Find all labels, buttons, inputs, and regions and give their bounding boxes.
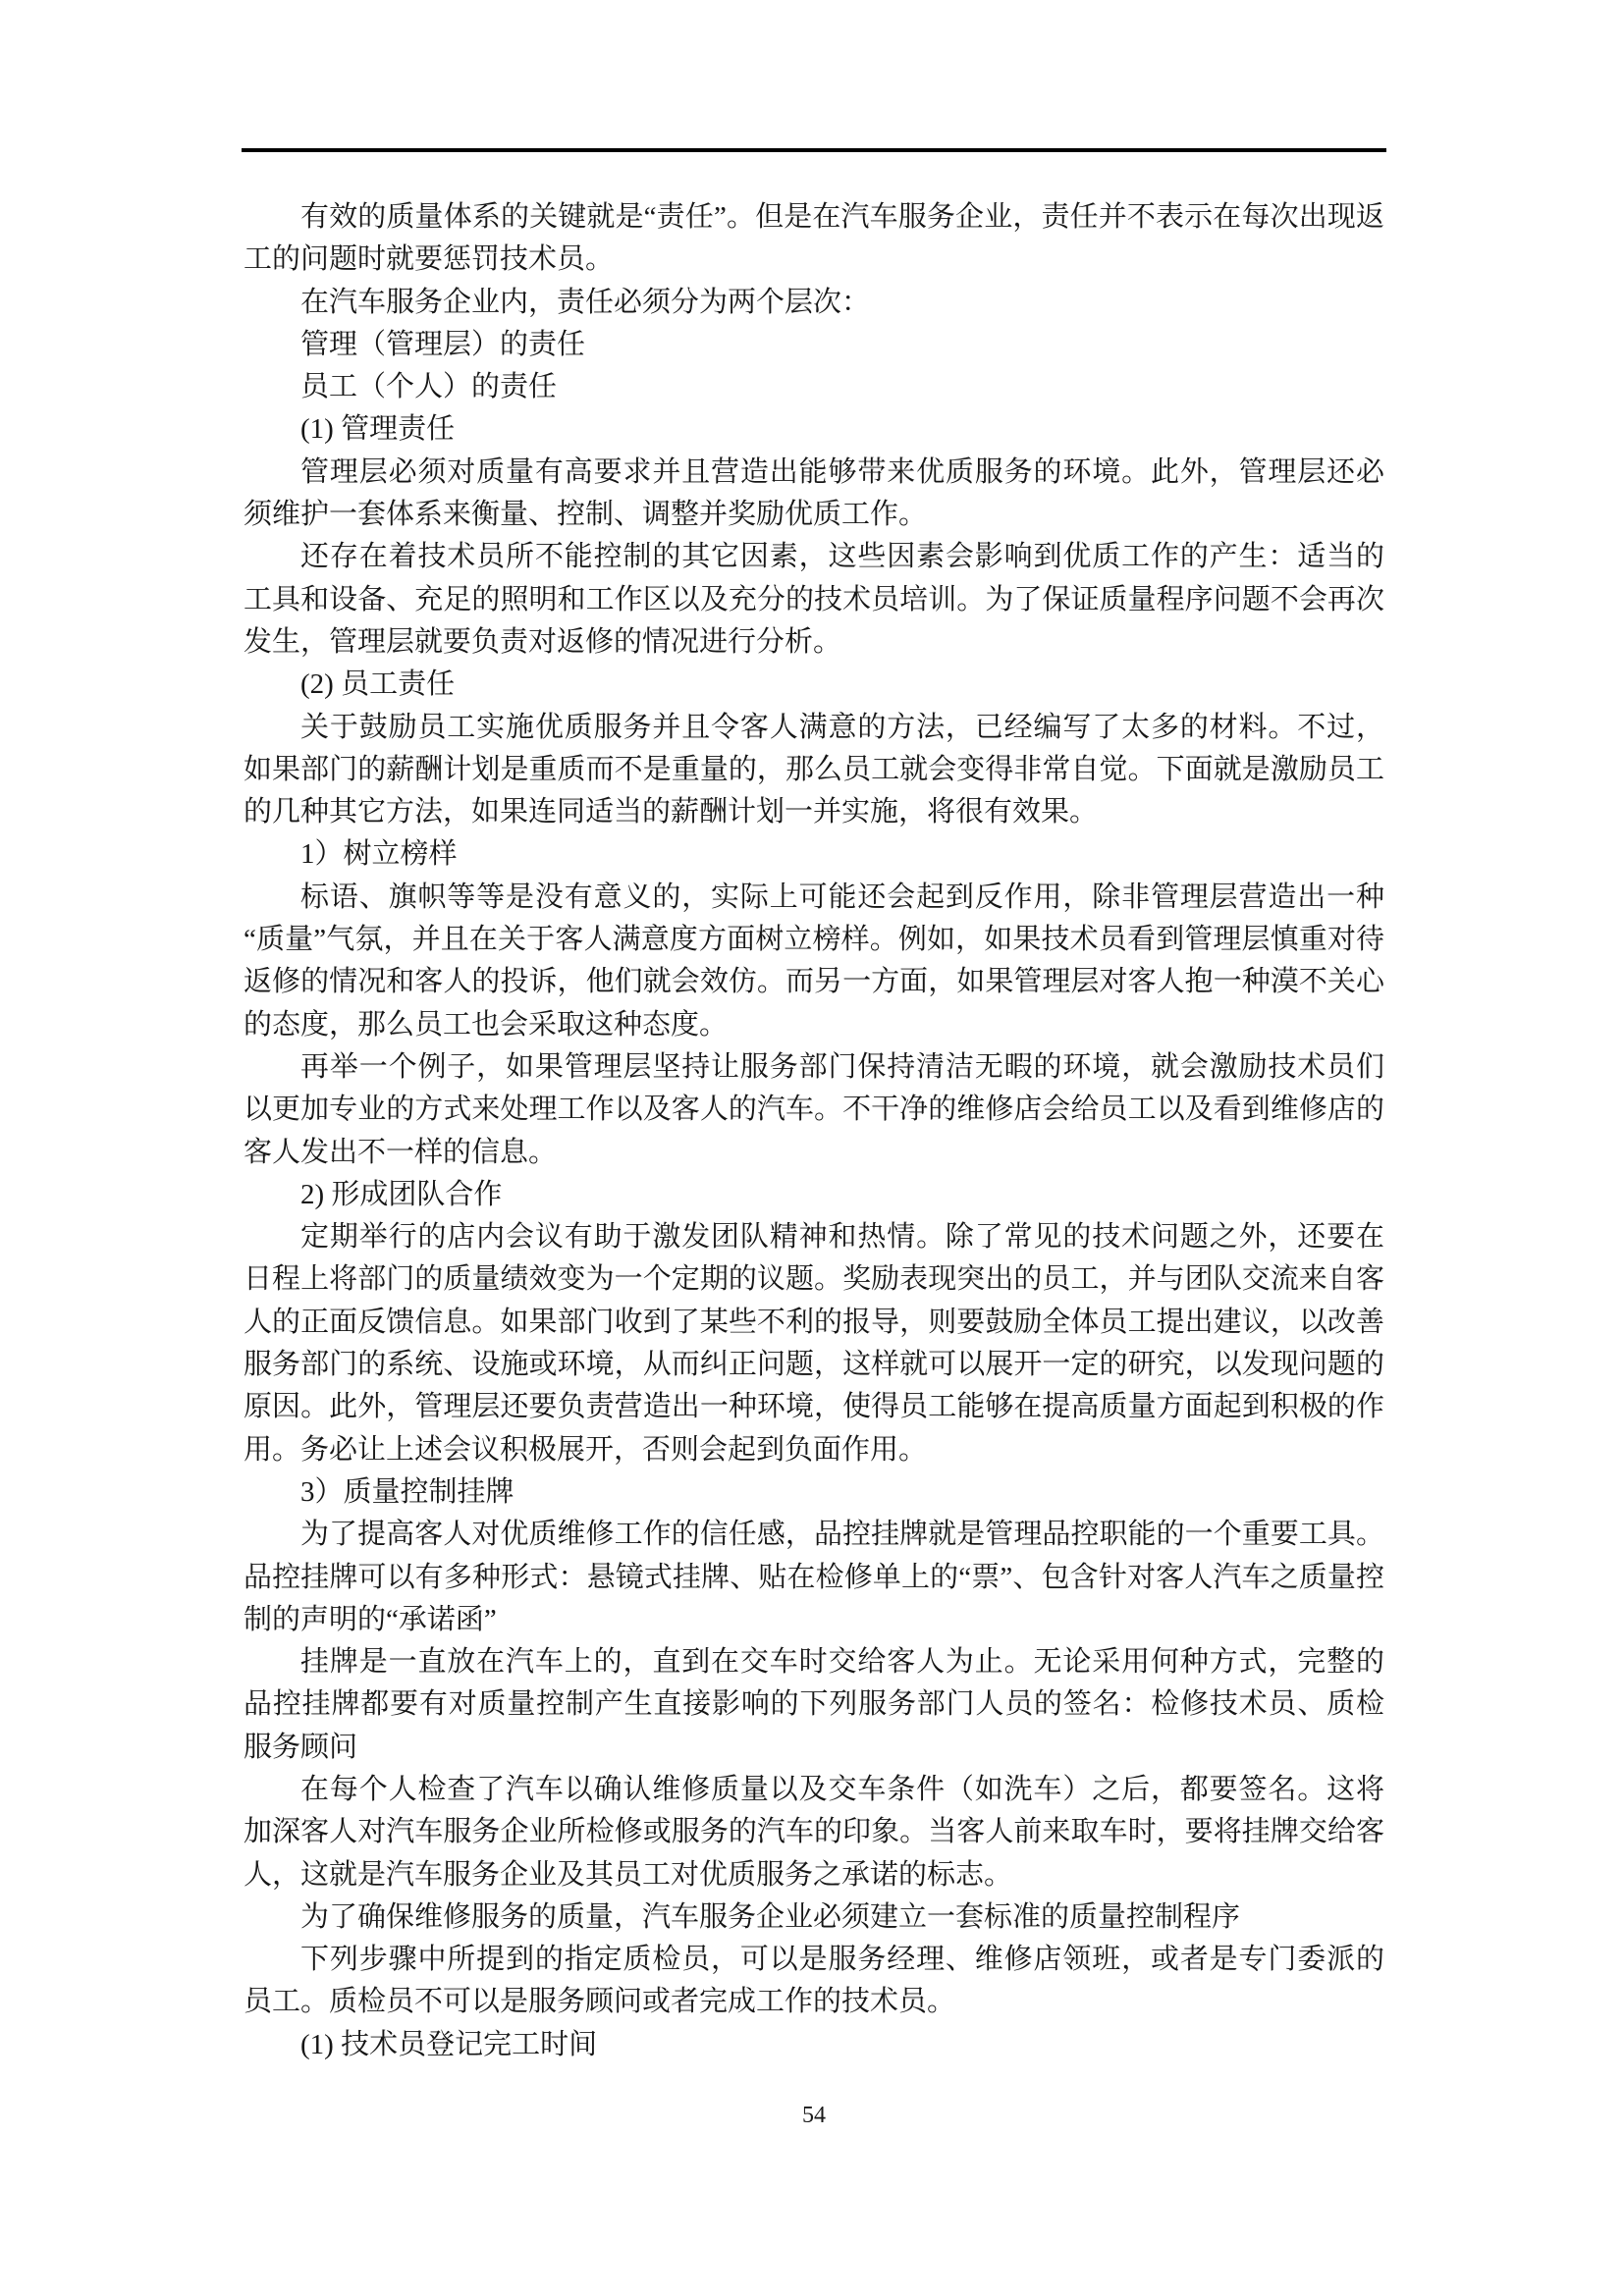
text-line: 原因。此外，管理层还要负责营造出一种环境，使得员工能够在提高质量方面起到积极的作	[244, 1386, 1384, 1428]
text-line: 还存在着技术员所不能控制的其它因素，这些因素会影响到优质工作的产生：适当的	[244, 536, 1384, 578]
text-line: 下列步骤中所提到的指定质检员，可以是服务经理、维修店领班，或者是专门委派的	[244, 1939, 1384, 1981]
text-line: 工的问题时就要惩罚技术员。	[244, 239, 1384, 281]
text-line: 客人发出不一样的信息。	[244, 1132, 1384, 1174]
text-line: 用。务必让上述会议积极展开，否则会起到负面作用。	[244, 1429, 1384, 1471]
text-line: 制的声明的“承诺函”	[244, 1599, 1384, 1641]
text-line: 工具和设备、充足的照明和工作区以及充分的技术员培训。为了保证质量程序问题不会再次	[244, 579, 1384, 621]
text-line: (1) 技术员登记完工时间	[244, 2024, 1384, 2066]
text-line: 标语、旗帜等等是没有意义的，实际上可能还会起到反作用，除非管理层营造出一种	[244, 877, 1384, 919]
text-line: 3）质量控制挂牌	[244, 1471, 1384, 1514]
text-line: 人的正面反馈信息。如果部门收到了某些不利的报导，则要鼓励全体员工提出建议，以改善	[244, 1302, 1384, 1344]
text-line: 在每个人检查了汽车以确认维修质量以及交车条件（如洗车）之后，都要签名。这将	[244, 1769, 1384, 1811]
text-line: 为了提高客人对优质维修工作的信任感，品控挂牌就是管理品控职能的一个重要工具。	[244, 1514, 1384, 1556]
text-line: (2) 员工责任	[244, 664, 1384, 706]
text-line: 品控挂牌都要有对质量控制产生直接影响的下列服务部门人员的签名：检修技术员、质检员…	[244, 1683, 1384, 1726]
text-line: 如果部门的薪酬计划是重质而不是重量的，那么员工就会变得非常自觉。下面就是激励员工	[244, 749, 1384, 791]
text-line: 在汽车服务企业内，责任必须分为两个层次：	[244, 282, 1384, 324]
body-text: 有效的质量体系的关键就是“责任”。但是在汽车服务企业，责任并不表示在每次出现返工…	[244, 196, 1384, 2066]
text-line: 员工。质检员不可以是服务顾问或者完成工作的技术员。	[244, 1981, 1384, 2023]
text-line: 加深客人对汽车服务企业所检修或服务的汽车的印象。当客人前来取车时，要将挂牌交给客	[244, 1811, 1384, 1853]
page-number: 54	[244, 2103, 1384, 2129]
text-line: 管理（管理层）的责任	[244, 324, 1384, 366]
text-line: 管理层必须对质量有高要求并且营造出能够带来优质服务的环境。此外，管理层还必	[244, 452, 1384, 494]
text-line: 人，这就是汽车服务企业及其员工对优质服务之承诺的标志。	[244, 1854, 1384, 1896]
text-line: 2) 形成团队合作	[244, 1174, 1384, 1216]
text-line: 挂牌是一直放在汽车上的，直到在交车时交给客人为止。无论采用何种方式，完整的	[244, 1641, 1384, 1683]
text-line: 返修的情况和客人的投诉，他们就会效仿。而另一方面，如果管理层对客人抱一种漠不关心	[244, 961, 1384, 1003]
text-line: “质量”气氛，并且在关于客人满意度方面树立榜样。例如，如果技术员看到管理层慎重对…	[244, 919, 1384, 961]
document-page: 有效的质量体系的关键就是“责任”。但是在汽车服务企业，责任并不表示在每次出现返工…	[0, 0, 1624, 2296]
text-line: 须维护一套体系来衡量、控制、调整并奖励优质工作。	[244, 494, 1384, 536]
text-line: 为了确保维修服务的质量，汽车服务企业必须建立一套标准的质量控制程序	[244, 1896, 1384, 1939]
text-line: 的几种其它方法，如果连同适当的薪酬计划一并实施，将很有效果。	[244, 791, 1384, 833]
text-line: 1）树立榜样	[244, 833, 1384, 876]
text-line: 再举一个例子，如果管理层坚持让服务部门保持清洁无暇的环境，就会激励技术员们	[244, 1046, 1384, 1089]
text-line: 服务顾问	[244, 1727, 1384, 1769]
text-line: (1) 管理责任	[244, 408, 1384, 451]
text-line: 服务部门的系统、设施或环境，从而纠正问题，这样就可以展开一定的研究，以发现问题的	[244, 1344, 1384, 1386]
text-line: 定期举行的店内会议有助于激发团队精神和热情。除了常见的技术问题之外，还要在	[244, 1216, 1384, 1258]
text-line: 有效的质量体系的关键就是“责任”。但是在汽车服务企业，责任并不表示在每次出现返	[244, 196, 1384, 239]
text-line: 的态度，那么员工也会采取这种态度。	[244, 1004, 1384, 1046]
text-line: 以更加专业的方式来处理工作以及客人的汽车。不干净的维修店会给员工以及看到维修店的	[244, 1089, 1384, 1131]
header-rule	[242, 148, 1386, 152]
text-line: 员工（个人）的责任	[244, 366, 1384, 408]
text-line: 品控挂牌可以有多种形式：悬镜式挂牌、贴在检修单上的“票”、包含针对客人汽车之质量…	[244, 1557, 1384, 1599]
text-line: 关于鼓励员工实施优质服务并且令客人满意的方法，已经编写了太多的材料。不过，	[244, 707, 1384, 749]
text-line: 日程上将部门的质量绩效变为一个定期的议题。奖励表现突出的员工，并与团队交流来自客	[244, 1258, 1384, 1301]
text-line: 发生，管理层就要负责对返修的情况进行分析。	[244, 621, 1384, 664]
